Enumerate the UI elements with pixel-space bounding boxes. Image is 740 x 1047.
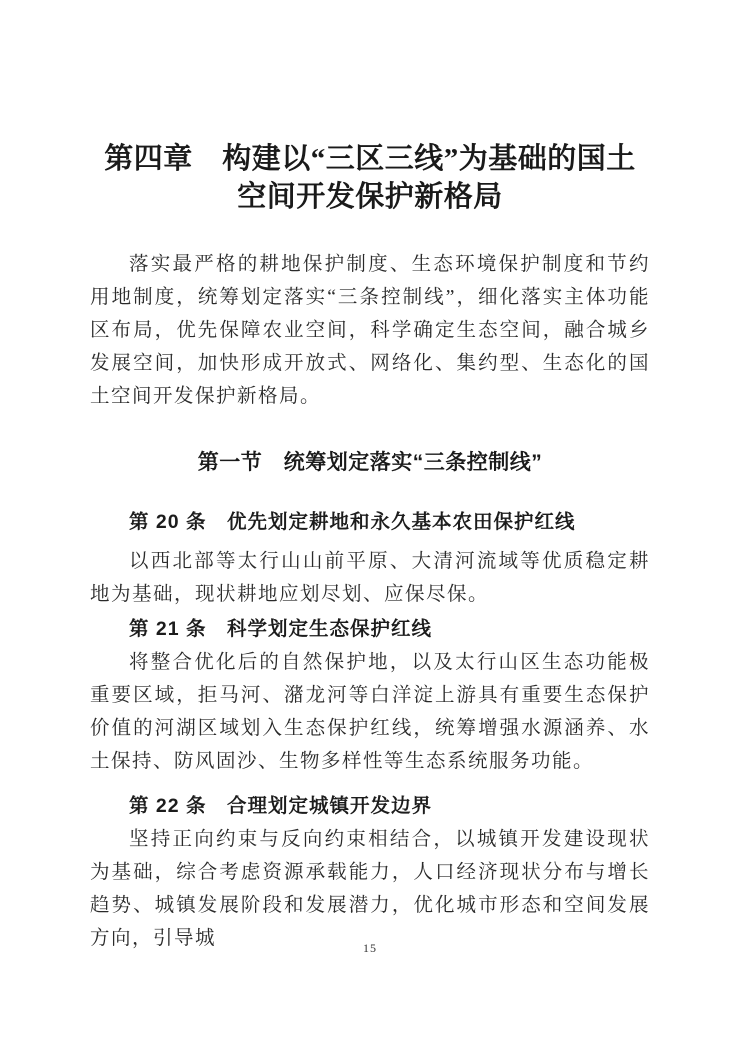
page-number: 15 bbox=[0, 941, 740, 956]
document-page: 第四章 构建以“三区三线”为基础的国土空间开发保护新格局 落实最严格的耕地保护制… bbox=[0, 0, 740, 1047]
page-content: 第四章 构建以“三区三线”为基础的国土空间开发保护新格局 落实最严格的耕地保护制… bbox=[90, 140, 650, 955]
article-20-body: 以西北部等太行山山前平原、大清河流域等优质稳定耕地为基础，现状耕地应划尽划、应保… bbox=[90, 545, 650, 611]
article-22-heading: 第 22 条 合理划定城镇开发边界 bbox=[90, 790, 650, 823]
chapter-intro-paragraph: 落实最严格的耕地保护制度、生态环境保护制度和节约用地制度，统筹划定落实“三条控制… bbox=[90, 248, 650, 413]
article-22: 第 22 条 合理划定城镇开发边界 坚持正向约束与反向约束相结合，以城镇开发建设… bbox=[90, 790, 650, 955]
article-21-body: 将整合优化后的自然保护地，以及太行山区生态功能极重要区域，拒马河、潴龙河等白洋淀… bbox=[90, 646, 650, 778]
article-21-heading: 第 21 条 科学划定生态保护红线 bbox=[90, 613, 650, 646]
article-20-heading: 第 20 条 优先划定耕地和永久基本农田保护红线 bbox=[90, 506, 650, 539]
article-22-body: 坚持正向约束与反向约束相结合，以城镇开发建设现状为基础，综合考虑资源承载能力，人… bbox=[90, 823, 650, 955]
article-20: 第 20 条 优先划定耕地和永久基本农田保护红线 以西北部等太行山山前平原、大清… bbox=[90, 506, 650, 611]
article-21: 第 21 条 科学划定生态保护红线 将整合优化后的自然保护地，以及太行山区生态功… bbox=[90, 613, 650, 778]
chapter-title: 第四章 构建以“三区三线”为基础的国土空间开发保护新格局 bbox=[90, 140, 650, 216]
section-title: 第一节 统筹划定落实“三条控制线” bbox=[90, 446, 650, 479]
